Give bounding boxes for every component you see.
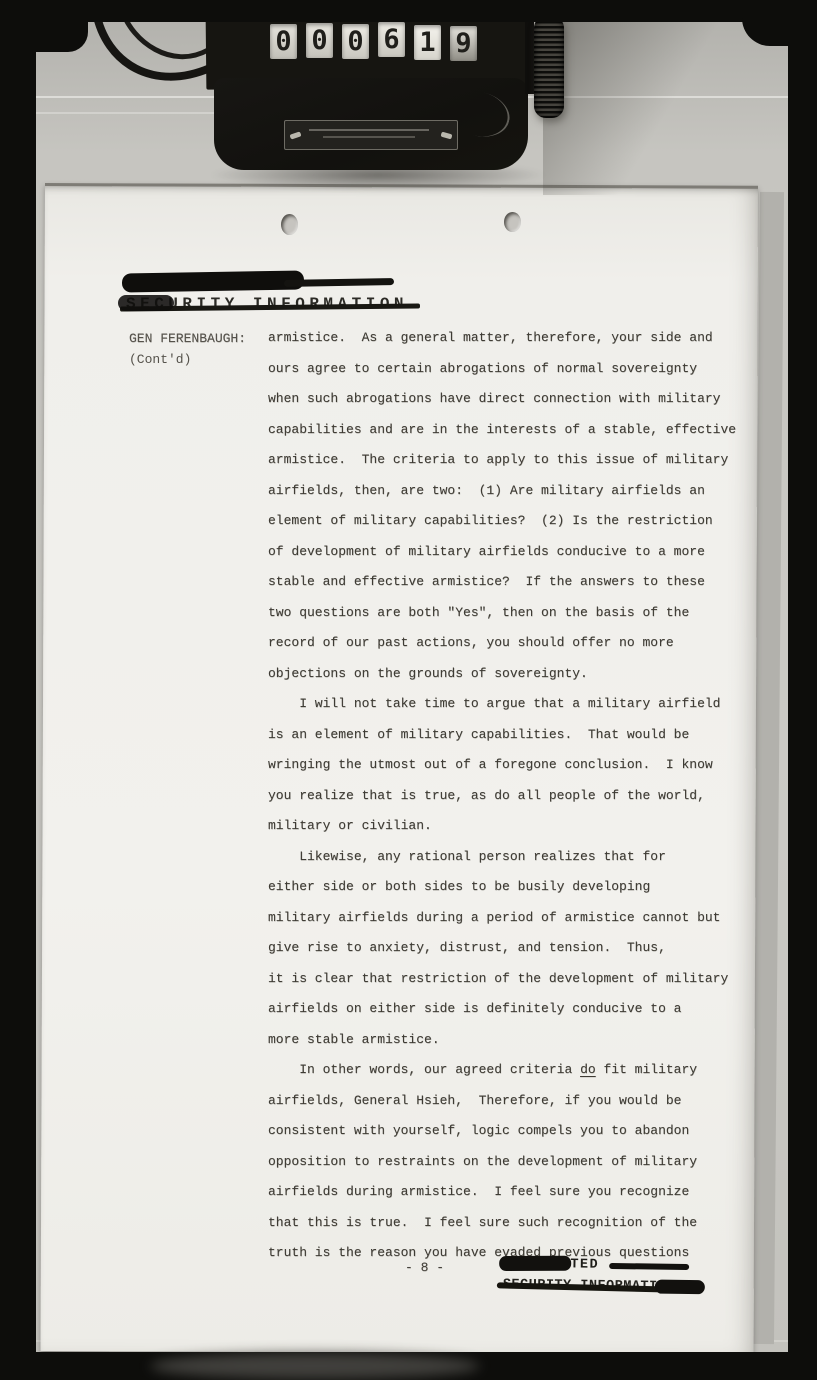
plate-screw [289,131,301,139]
device-shadow [543,20,728,195]
counter-digit: 0 [342,24,369,59]
counter-digit: 9 [450,26,477,61]
text-line: wringing the utmost out of a foregone co… [268,757,728,788]
counter-label-plate [284,120,458,150]
ink-blob [122,270,304,292]
text-line: airfields on either side is definitely c… [268,1001,728,1032]
stamp-security-information: SECURITY INFORMATION [503,1277,723,1295]
film-bottom-blob [150,1353,480,1379]
text-line: it is clear that restriction of the deve… [268,971,728,1002]
text-line: give rise to anxiety, distrust, and tens… [268,940,728,971]
counter-digit: 0 [270,24,297,59]
text-line: objections on the grounds of sovereignty… [268,666,728,697]
text-line: armistice. As a general matter, therefor… [268,330,728,361]
text-line: is an element of military capabilities. … [268,727,728,758]
counter-reset-knob [534,16,564,118]
text-line: that this is true. I feel sure such reco… [268,1215,728,1246]
stamp-restricted: RESTRICTED [126,274,446,295]
stamp-security-information: SECURITY INFORMATION [126,295,446,313]
text-line: airfields during armistice. I feel sure … [268,1184,728,1215]
text-line: capabilities and are in the interests of… [268,422,728,453]
text-line: I will not take time to argue that a mil… [268,696,728,727]
text-line: opposition to restraints on the developm… [268,1154,728,1185]
speaker-label: GEN FERENBAUGH: [129,331,246,346]
film-top-bar [0,0,817,22]
text-line: two questions are both "Yes", then on th… [268,605,728,636]
text-line: armistice. The criteria to apply to this… [268,452,728,483]
strike-line [609,1263,689,1270]
speaker-contd-label: (Cont'd) [129,352,191,367]
body-text: armistice. As a general matter, therefor… [268,330,728,1276]
header-classification-stamp: RESTRICTED SECURITY INFORMATION [126,274,446,313]
text-line: more stable armistice. [268,1032,728,1063]
text-line: either side or both sides to be busily d… [268,879,728,910]
frame-counter-device: 000619 [88,0,608,200]
ink-blob [118,295,174,311]
text-line: stable and effective armistice? If the a… [268,574,728,605]
text-line: In other words, our agreed criteria do f… [268,1062,728,1093]
stamp-restricted: RESTRICTED [503,1256,723,1280]
text-line: ours agree to certain abrogations of nor… [268,361,728,392]
text-line: consistent with yourself, logic compels … [268,1123,728,1154]
ink-blob [499,1256,571,1271]
text-line: airfields, General Hsieh, Therefore, if … [268,1093,728,1124]
punch-hole-left [281,214,298,235]
text-line: when such abrogations have direct connec… [268,391,728,422]
counter-digits: 000619 [270,23,477,58]
plate-screw [441,132,453,140]
counter-knob-stem [525,22,534,94]
page-number: - 8 - [405,1260,444,1275]
text-line: of development of military airfields con… [268,544,728,575]
counter-digit: 1 [414,25,441,60]
text-line: Likewise, any rational person realizes t… [268,849,728,880]
ink-blob [655,1280,705,1295]
text-line: you realize that is true, as do all peop… [268,788,728,819]
film-left-bar [0,0,36,1380]
plate-engraving [323,136,415,138]
microfilm-scan: 000619 RESTRICTED SECURITY INFORMATION G… [0,0,817,1380]
counter-digit: 0 [306,23,333,58]
text-line: element of military capabilities? (2) Is… [268,513,728,544]
plate-engraving [309,129,429,131]
counter-digit: 6 [378,22,405,57]
text-line: airfields, then, are two: (1) Are milita… [268,483,728,514]
strike-line [284,278,394,287]
footer-classification-stamp: RESTRICTED SECURITY INFORMATION [503,1256,723,1295]
text-line: military airfields during a period of ar… [268,910,728,941]
text-line: military or civilian. [268,818,728,849]
film-right-bar [788,0,817,1380]
text-line: record of our past actions, you should o… [268,635,728,666]
punch-hole-right [504,212,521,232]
